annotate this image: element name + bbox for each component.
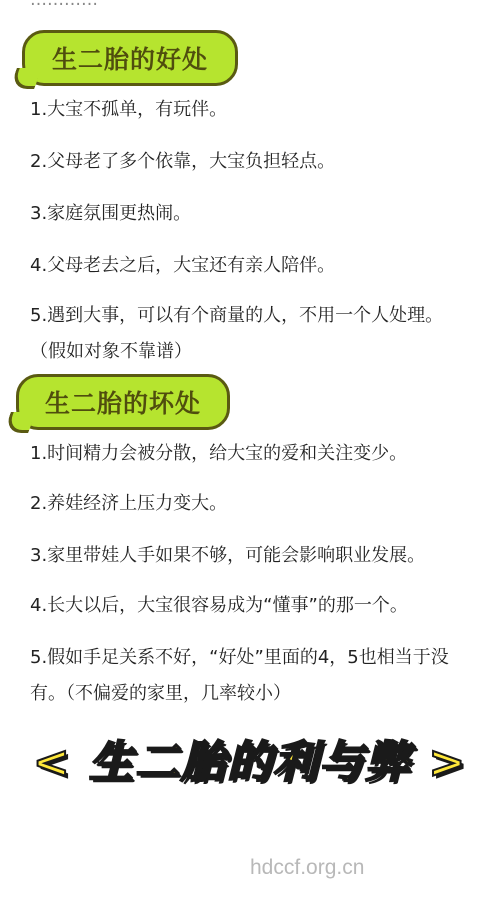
speech-bubble-tail-icon bbox=[3, 412, 36, 433]
list-item: 2.养娃经济上压力变大。 bbox=[30, 486, 480, 522]
list-item: 4.父母老去之后，大宝还有亲人陪伴。 bbox=[30, 248, 480, 284]
section-header-pros: 生二胎的好处 bbox=[22, 30, 238, 86]
list-item: 1.大宝不孤单，有玩伴。 bbox=[30, 92, 480, 128]
list-item: 4.长大以后，大宝很容易成为“懂事”的那一个。 bbox=[30, 588, 480, 624]
list-item: 5.假如手足关系不好，“好处”里面的4，5也相当于没有。（不偏爱的家里，几率较小… bbox=[30, 640, 470, 712]
section-header-cons: 生二胎的坏处 bbox=[16, 374, 230, 430]
list-item: 2.父母老了多个依靠，大宝负担轻点。 bbox=[30, 144, 480, 180]
list-item: 5.遇到大事，可以有个商量的人，不用一个人处理。（假如对象不靠谱） bbox=[30, 298, 450, 370]
watermark: hdccf.org.cn bbox=[250, 856, 364, 880]
speech-bubble-tail-icon bbox=[9, 68, 42, 89]
banner-title: < 生二胎的利与弊 > bbox=[0, 726, 500, 790]
cut-off-top-text: ………… bbox=[30, 0, 98, 10]
list-item: 3.家里带娃人手如果不够，可能会影响职业发展。 bbox=[30, 538, 500, 574]
list-item: 1.时间精力会被分散，给大宝的爱和关注变少。 bbox=[30, 436, 480, 472]
section-title: 生二胎的好处 bbox=[52, 40, 208, 76]
section-title: 生二胎的坏处 bbox=[45, 384, 201, 420]
list-item: 3.家庭氛围更热闹。 bbox=[30, 196, 480, 232]
